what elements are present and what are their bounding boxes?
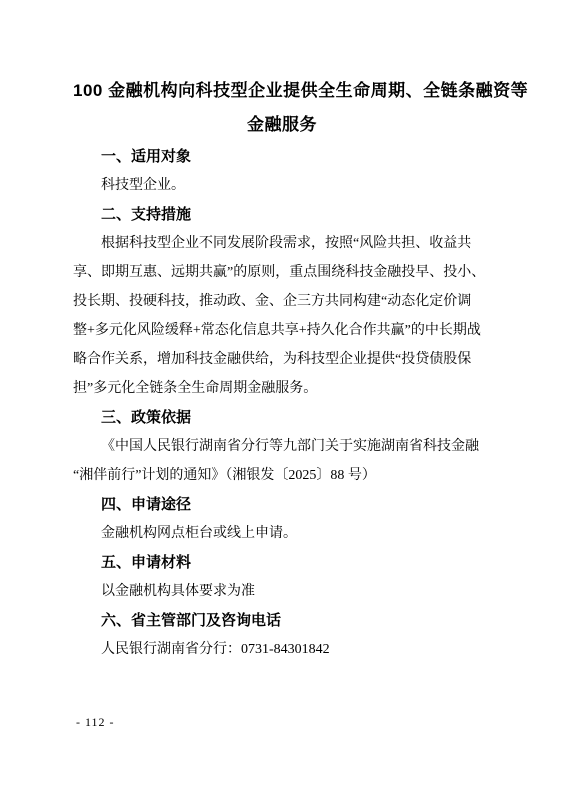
body-line: 科技型企业。 (73, 171, 491, 200)
document-title: 100 金融机构向科技型企业提供全生命周期、全链条融资等 金融服务 (73, 74, 491, 142)
body-line: 金融机构网点柜台或线上申请。 (73, 519, 491, 548)
title-line-1: 100 金融机构向科技型企业提供全生命周期、全链条融资等 (73, 74, 491, 108)
section-support-measures: 二、支持措施 根据科技型企业不同发展阶段需求，按照“风险共担、收益共 享、即期互… (73, 200, 491, 403)
section-2-heading: 二、支持措施 (73, 200, 491, 229)
section-5-heading: 五、申请材料 (73, 548, 491, 577)
section-3-heading: 三、政策依据 (73, 403, 491, 432)
body-line: 整+多元化风险缓释+常态化信息共享+持久化合作共赢”的中长期战 (73, 316, 491, 345)
title-line-2: 金融服务 (73, 108, 491, 142)
body-line: 担”多元化全链条全生命周期金融服务。 (73, 374, 491, 403)
section-1-heading: 一、适用对象 (73, 142, 491, 171)
section-application-materials: 五、申请材料 以金融机构具体要求为准 (73, 548, 491, 606)
section-authority-contact: 六、省主管部门及咨询电话 人民银行湖南省分行：0731-84301842 (73, 606, 491, 664)
body-line: 人民银行湖南省分行：0731-84301842 (73, 635, 491, 664)
body-line: 投长期、投硬科技，推动政、金、企三方共同构建“动态化定价调 (73, 287, 491, 316)
body-line: “湘伴前行”计划的通知》（湘银发〔2025〕88 号） (73, 461, 491, 490)
section-4-heading: 四、申请途径 (73, 490, 491, 519)
body-line: 略合作关系，增加科技金融供给，为科技型企业提供“投贷债股保 (73, 345, 491, 374)
page-number: - 112 - (76, 714, 115, 730)
section-policy-basis: 三、政策依据 《中国人民银行湖南省分行等九部门关于实施湖南省科技金融 “湘伴前行… (73, 403, 491, 490)
document-page: 100 金融机构向科技型企业提供全生命周期、全链条融资等 金融服务 一、适用对象… (0, 0, 561, 793)
body-line: 享、即期互惠、远期共赢”的原则，重点围绕科技金融投早、投小、 (73, 258, 491, 287)
body-line: 《中国人民银行湖南省分行等九部门关于实施湖南省科技金融 (73, 432, 491, 461)
section-applicable-targets: 一、适用对象 科技型企业。 (73, 142, 491, 200)
section-6-heading: 六、省主管部门及咨询电话 (73, 606, 491, 635)
body-line: 根据科技型企业不同发展阶段需求，按照“风险共担、收益共 (73, 229, 491, 258)
section-application-channel: 四、申请途径 金融机构网点柜台或线上申请。 (73, 490, 491, 548)
body-line: 以金融机构具体要求为准 (73, 577, 491, 606)
document-content: 100 金融机构向科技型企业提供全生命周期、全链条融资等 金融服务 一、适用对象… (73, 74, 491, 664)
